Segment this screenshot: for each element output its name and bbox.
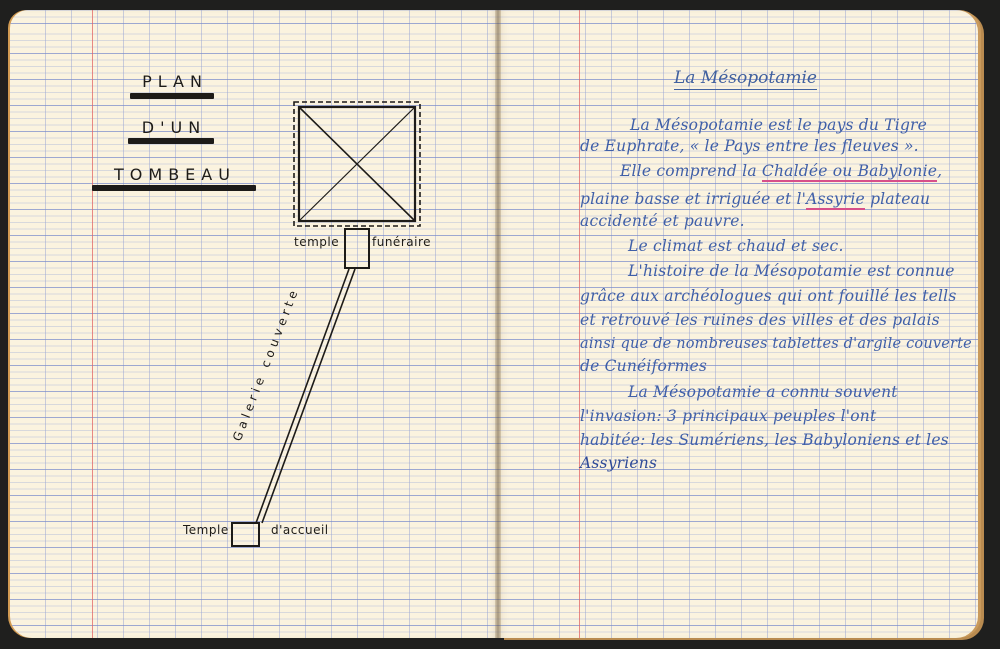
- text-line: grâce aux archéologues qui ont fouillé l…: [580, 287, 956, 305]
- label-accueil: d'accueil: [271, 523, 329, 537]
- text-line: l'invasion: 3 principaux peuples l'ont: [580, 407, 876, 425]
- text-line: La Mésopotamie est le pays du Tigre: [630, 116, 927, 134]
- text-line: de Euphrate, « le Pays entre les fleuves…: [580, 137, 919, 155]
- text-line: L'histoire de la Mésopotamie est connue: [628, 262, 955, 280]
- page-title: La Mésopotamie: [674, 68, 817, 90]
- text-line: ainsi que de nombreuses tablettes d'argi…: [580, 336, 972, 352]
- open-notebook: PLAN D'UN TOMBEAU temple funéraire Galer…: [10, 10, 990, 640]
- book-spine: [495, 10, 501, 638]
- text-line: accidenté et pauvre.: [580, 212, 745, 230]
- underlined-term: Chaldée ou Babylonie: [762, 162, 937, 182]
- text-segment: Elle comprend la: [620, 162, 762, 180]
- tomb-plan-drawing: [10, 10, 498, 638]
- text-line: et retrouvé les ruines des villes et des…: [580, 311, 940, 329]
- text-segment: plaine basse et irriguée et l': [580, 190, 806, 208]
- right-page: La Mésopotamie La Mésopotamie est le pay…: [498, 10, 978, 638]
- left-page: PLAN D'UN TOMBEAU temple funéraire Galer…: [10, 10, 498, 638]
- text-line: plaine basse et irriguée et l'Assyrie pl…: [580, 190, 930, 208]
- text-line: Le climat est chaud et sec.: [628, 237, 844, 255]
- text-segment: ,: [937, 162, 942, 180]
- label-temple-accueil: Temple: [183, 523, 229, 537]
- label-temple: temple: [294, 235, 339, 249]
- label-funeraire: funéraire: [372, 235, 431, 249]
- underlined-term: Assyrie: [806, 190, 865, 210]
- text-segment: plateau: [865, 190, 930, 208]
- text-line: Assyriens: [580, 454, 657, 472]
- text-line: habitée: les Sumériens, les Babyloniens …: [580, 431, 949, 449]
- text-line: Elle comprend la Chaldée ou Babylonie,: [620, 162, 942, 180]
- text-line: La Mésopotamie a connu souvent: [628, 383, 898, 401]
- text-line: de Cunéiformes: [580, 357, 707, 375]
